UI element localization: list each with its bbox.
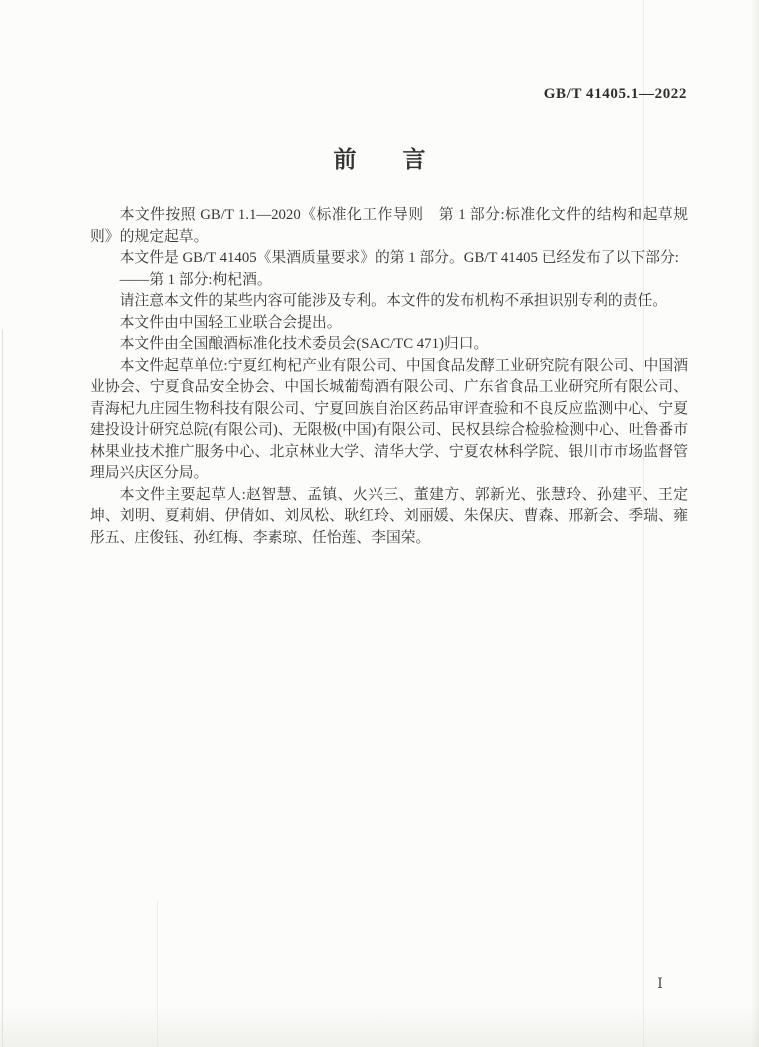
- scan-edge-left: [2, 330, 3, 1047]
- doc-number: GB/T 41405.1—2022: [544, 86, 687, 103]
- foreword-body: 本文件按照 GB/T 1.1—2020《标准化工作导则 第 1 部分:标准化文件…: [90, 205, 688, 549]
- paragraph-drafting-basis: 本文件按照 GB/T 1.1—2020《标准化工作导则 第 1 部分:标准化文件…: [90, 205, 688, 248]
- page-number: Ⅰ: [648, 976, 672, 993]
- paragraph-proposed-by: 本文件由中国轻工业联合会提出。: [90, 313, 688, 335]
- paragraph-drafting-organizations: 本文件起草单位:宁夏红枸杞产业有限公司、中国食品发酵工业研究院有限公司、中国酒业…: [90, 356, 688, 485]
- document-page: GB/T 41405.1—2022 前 言 本文件按照 GB/T 1.1—202…: [0, 0, 759, 1047]
- paragraph-series-intro: 本文件是 GB/T 41405《果酒质量要求》的第 1 部分。GB/T 4140…: [90, 248, 688, 270]
- page-title: 前 言: [0, 141, 759, 174]
- paragraph-main-drafters: 本文件主要起草人:赵智慧、孟镇、火兴三、董建方、郭新光、张慧玲、孙建平、王定坤、…: [90, 485, 688, 550]
- paragraph-series-part-item: ——第 1 部分:枸杞酒。: [90, 270, 688, 292]
- scan-edge-bottom: [0, 1005, 759, 1047]
- paragraph-centralized-by: 本文件由全国酿酒标准化技术委员会(SAC/TC 471)归口。: [90, 334, 688, 356]
- paragraph-patent-notice: 请注意本文件的某些内容可能涉及专利。本文件的发布机构不承担识别专利的责任。: [90, 291, 688, 313]
